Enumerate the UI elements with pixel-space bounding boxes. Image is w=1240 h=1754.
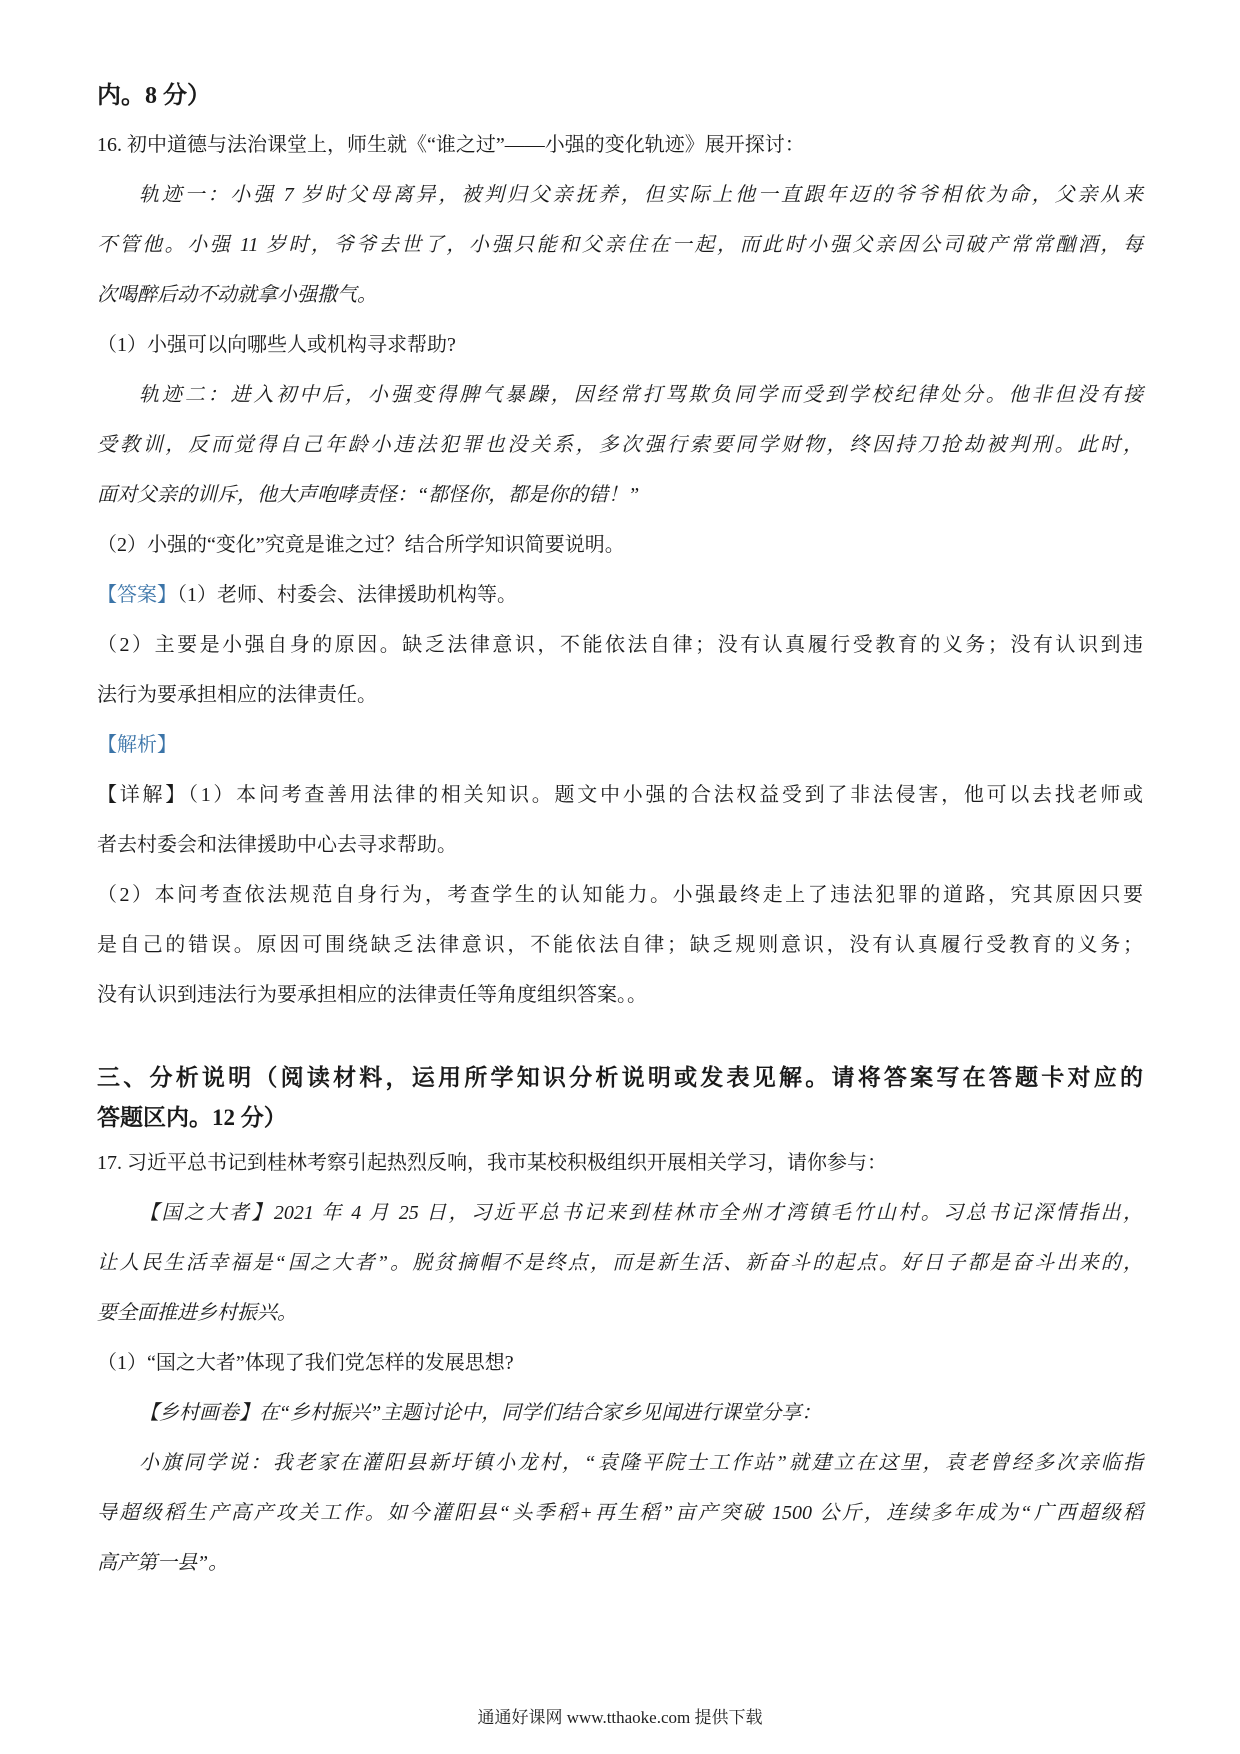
footer-text: 通通好课网 www.tthaoke.com 提供下载 — [477, 1708, 762, 1727]
line-text: （2）主要是小强自身的原因。缺乏法律意识，不能依法自律；没有认真履行受教育的义务… — [97, 634, 1143, 656]
line-text: 【详解】（1）本问考查善用法律的相关知识。题文中小强的合法权益受到了非法侵害，他… — [97, 784, 1143, 806]
text-line: 三、分析说明（阅读材料，运用所学知识分析说明或发表见解。请将答案写在答题卡对应的 — [97, 1058, 1143, 1098]
line-text: 没有认识到违法行为要承担相应的法律责任等角度组织答案。。 — [97, 984, 647, 1006]
text-line: 【详解】（1）本问考查善用法律的相关知识。题文中小强的合法权益受到了非法侵害，他… — [97, 770, 1143, 820]
text-line: 【答案】（1）老师、村委会、法律援助机构等。 — [97, 570, 1143, 620]
text-line: 答题区内。12 分） — [97, 1098, 1143, 1138]
text-line: 让人民生活幸福是“国之大者”。脱贫摘帽不是终点，而是新生活、新奋斗的起点。好日子… — [97, 1238, 1143, 1288]
line-text: 三、分析说明（阅读材料，运用所学知识分析说明或发表见解。请将答案写在答题卡对应的 — [97, 1065, 1143, 1090]
text-line: 法行为要承担相应的法律责任。 — [97, 670, 1143, 720]
text-line: 者去村委会和法律援助中心去寻求帮助。 — [97, 820, 1143, 870]
text-line: 不管他。小强 11 岁时，爷爷去世了，小强只能和父亲住在一起，而此时小强父亲因公… — [97, 220, 1143, 270]
text-line: 导超级稻生产高产攻关工作。如今灌阳县“头季稻+再生稻”亩产突破 1500 公斤，… — [97, 1488, 1143, 1538]
text-line: 16. 初中道德与法治课堂上，师生就《“谁之过”——小强的变化轨迹》展开探讨： — [97, 120, 1143, 170]
line-text: 要全面推进乡村振兴。 — [97, 1302, 297, 1324]
text-line: 内。8 分） — [97, 72, 1143, 120]
text-line: 面对父亲的训斥，他大声咆哮责怪：“都怪你，都是你的错！” — [97, 470, 1143, 520]
answer-label: 【答案】 — [97, 584, 177, 606]
line-text: 【国之大者】2021 年 4 月 25 日，习近平总书记来到桂林市全州才湾镇毛竹… — [139, 1202, 1143, 1224]
line-text: 次喝醉后动不动就拿小强撒气。 — [97, 284, 377, 306]
text-line: （1）“国之大者”体现了我们党怎样的发展思想? — [97, 1338, 1143, 1388]
line-text: 17. 习近平总书记到桂林考察引起热烈反响，我市某校积极组织开展相关学习，请你参… — [97, 1152, 887, 1174]
line-text: 者去村委会和法律援助中心去寻求帮助。 — [97, 834, 457, 856]
line-text: 小旗同学说：我老家在灌阳县新圩镇小龙村，“袁隆平院士工作站”就建立在这里，袁老曾… — [139, 1452, 1143, 1474]
line-text: 轨迹二：进入初中后，小强变得脾气暴躁，因经常打骂欺负同学而受到学校纪律处分。他非… — [139, 384, 1143, 406]
text-line: （1）小强可以向哪些人或机构寻求帮助? — [97, 320, 1143, 370]
text-line: 小旗同学说：我老家在灌阳县新圩镇小龙村，“袁隆平院士工作站”就建立在这里，袁老曾… — [97, 1438, 1143, 1488]
text-line: 次喝醉后动不动就拿小强撒气。 — [97, 270, 1143, 320]
text-line: 受教训，反而觉得自己年龄小违法犯罪也没关系，多次强行索要同学财物，终因持刀抢劫被… — [97, 420, 1143, 470]
line-text: 让人民生活幸福是“国之大者”。脱贫摘帽不是终点，而是新生活、新奋斗的起点。好日子… — [97, 1252, 1143, 1274]
line-text: 导超级稻生产高产攻关工作。如今灌阳县“头季稻+再生稻”亩产突破 1500 公斤，… — [97, 1502, 1143, 1524]
line-text: （1）老师、村委会、法律援助机构等。 — [177, 584, 517, 606]
line-text: （1）“国之大者”体现了我们党怎样的发展思想? — [97, 1352, 514, 1374]
line-text: 不管他。小强 11 岁时，爷爷去世了，小强只能和父亲住在一起，而此时小强父亲因公… — [97, 234, 1143, 256]
document-body: 内。8 分）16. 初中道德与法治课堂上，师生就《“谁之过”——小强的变化轨迹》… — [97, 72, 1143, 1588]
text-line: 高产第一县”。 — [97, 1538, 1143, 1588]
text-line: 轨迹一：小强 7 岁时父母离异，被判归父亲抚养，但实际上他一直跟年迈的爷爷相依为… — [97, 170, 1143, 220]
line-text: 内。8 分） — [97, 83, 211, 109]
line-text: 受教训，反而觉得自己年龄小违法犯罪也没关系，多次强行索要同学财物，终因持刀抢劫被… — [97, 434, 1143, 456]
line-text: （2）本问考查依法规范自身行为，考查学生的认知能力。小强最终走上了违法犯罪的道路… — [97, 884, 1143, 906]
page-footer: 通通好课网 www.tthaoke.com 提供下载 — [0, 1703, 1240, 1728]
text-line: （2）小强的“变化”究竟是谁之过？结合所学知识简要说明。 — [97, 520, 1143, 570]
line-text: 轨迹一：小强 7 岁时父母离异，被判归父亲抚养，但实际上他一直跟年迈的爷爷相依为… — [139, 184, 1143, 206]
analysis-label: 【解析】 — [97, 734, 177, 756]
text-line: 没有认识到违法行为要承担相应的法律责任等角度组织答案。。 — [97, 970, 1143, 1020]
line-text: 面对父亲的训斥，他大声咆哮责怪：“都怪你，都是你的错！” — [97, 484, 639, 506]
text-line: 【国之大者】2021 年 4 月 25 日，习近平总书记来到桂林市全州才湾镇毛竹… — [97, 1188, 1143, 1238]
text-line: 是自己的错误。原因可围绕缺乏法律意识，不能依法自律；缺乏规则意识，没有认真履行受… — [97, 920, 1143, 970]
line-text: 【乡村画卷】在“乡村振兴”主题讨论中，同学们结合家乡见闻进行课堂分享： — [139, 1402, 821, 1424]
document-page: 内。8 分）16. 初中道德与法治课堂上，师生就《“谁之过”——小强的变化轨迹》… — [0, 0, 1240, 1588]
line-text: 16. 初中道德与法治课堂上，师生就《“谁之过”——小强的变化轨迹》展开探讨： — [97, 134, 805, 156]
text-line: 要全面推进乡村振兴。 — [97, 1288, 1143, 1338]
text-line: （2）主要是小强自身的原因。缺乏法律意识，不能依法自律；没有认真履行受教育的义务… — [97, 620, 1143, 670]
text-line: 【解析】 — [97, 720, 1143, 770]
line-text: 是自己的错误。原因可围绕缺乏法律意识，不能依法自律；缺乏规则意识，没有认真履行受… — [97, 934, 1143, 956]
line-text: （2）小强的“变化”究竟是谁之过？结合所学知识简要说明。 — [97, 534, 625, 556]
text-line: （2）本问考查依法规范自身行为，考查学生的认知能力。小强最终走上了违法犯罪的道路… — [97, 870, 1143, 920]
line-text: 答题区内。12 分） — [97, 1105, 287, 1130]
line-text: （1）小强可以向哪些人或机构寻求帮助? — [97, 334, 456, 356]
text-line: 【乡村画卷】在“乡村振兴”主题讨论中，同学们结合家乡见闻进行课堂分享： — [97, 1388, 1143, 1438]
line-text: 法行为要承担相应的法律责任。 — [97, 684, 377, 706]
text-line: 轨迹二：进入初中后，小强变得脾气暴躁，因经常打骂欺负同学而受到学校纪律处分。他非… — [97, 370, 1143, 420]
text-line: 17. 习近平总书记到桂林考察引起热烈反响，我市某校积极组织开展相关学习，请你参… — [97, 1138, 1143, 1188]
line-text: 高产第一县”。 — [97, 1552, 228, 1574]
